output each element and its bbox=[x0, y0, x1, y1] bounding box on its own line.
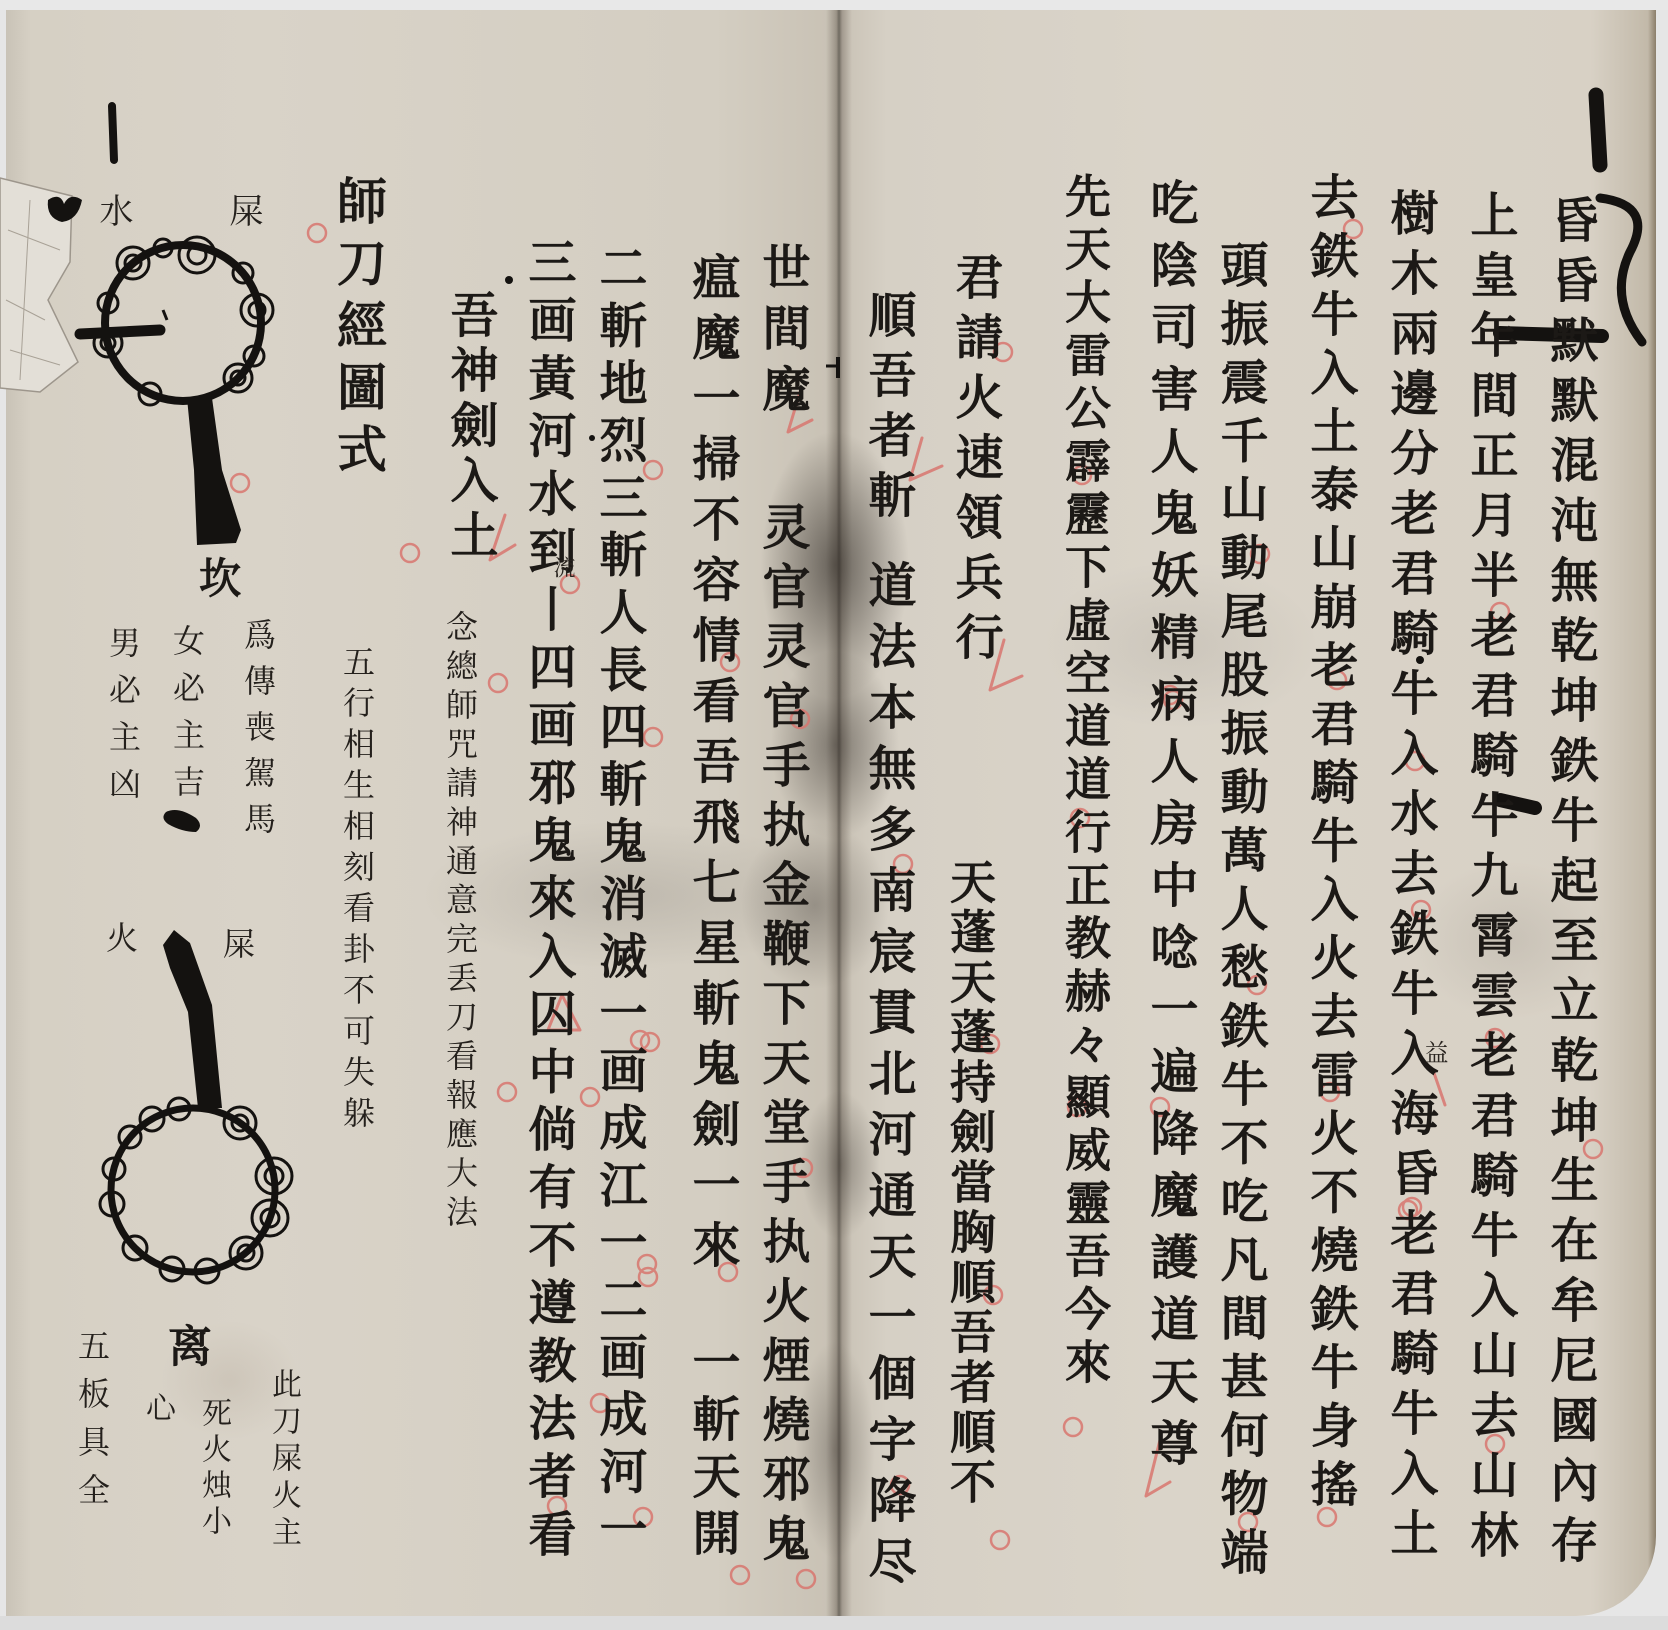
diagram-title: 師刀經圖式 bbox=[333, 175, 383, 485]
lower-diagram-note-3: 五板具全 bbox=[76, 1329, 108, 1521]
text-column-r2: 上皇年間正月半老君騎牛九霄雲老君騎牛入山去山林 bbox=[1466, 190, 1514, 1570]
upper-diagram-left-label: 水 bbox=[96, 193, 130, 227]
lower-diagram-center-label: 心 bbox=[142, 1392, 172, 1422]
lower-diagram-trigram: 离 bbox=[163, 1323, 207, 1367]
text-column-l2-lower: 一斬天開 bbox=[688, 1337, 736, 1565]
text-column-r8-lower: 天蓬天蓬持劍當胸順吾者順不 bbox=[947, 858, 993, 1508]
scan-border-top bbox=[0, 0, 1668, 10]
text-column-r7: 先天大雷公霹靂下虛空道道行正教赫々顯威靈吾今來 bbox=[1062, 172, 1108, 1391]
marginal-note-l4: 流 bbox=[551, 556, 573, 578]
book-spine bbox=[826, 10, 852, 1616]
text-column-r5: 頭振震千山動尾股振動萬人愁鉄牛不吃凡間甚何物端 bbox=[1216, 240, 1264, 1586]
lower-diagram-left-label: 火 bbox=[104, 921, 136, 953]
text-column-r1: 昏昏默默混沌無乾坤鉄牛起至立乾坤生在牟尼國內存 bbox=[1546, 195, 1594, 1575]
text-column-l1-lower: 灵官灵官手执金鞭下天堂手执火煙燒邪鬼 bbox=[758, 502, 806, 1573]
text-column-r3: 樹木兩邊分老君騎牛入水去鉄牛入海昏老君騎牛入土 bbox=[1386, 188, 1434, 1568]
text-column-l3: 二斬地烈三斬人長四斬鬼消滅一画成江一二画成河一 bbox=[595, 243, 643, 1561]
text-column-l4: 三画黃河水到丨四画邪鬼來入囚中倘有不遵教法者看 bbox=[524, 237, 572, 1566]
lower-diagram-note-2: 死火烛小 bbox=[198, 1397, 228, 1541]
lower-diagram-note-1: 此刀屎火主 bbox=[268, 1368, 298, 1553]
text-column-l6-lower: 五行相生相刻看卦不可失躲 bbox=[341, 645, 373, 1137]
text-column-r4: 去鉄牛入土泰山崩老君騎牛入火去雷火不燒鉄牛身搖 bbox=[1306, 172, 1354, 1518]
text-column-r9-upper: 順吾者斬 bbox=[864, 290, 912, 530]
text-column-r8-upper: 君請火速領兵行 bbox=[951, 252, 999, 672]
upper-diagram-right-label: 屎 bbox=[226, 193, 260, 227]
text-column-l2-upper: 瘟魔一掃不容情看吾飛七星斬鬼劍一來 bbox=[688, 252, 736, 1281]
text-column-r6: 吃陰司害人鬼妖精病人房中唸一遍降魔護道天尊 bbox=[1146, 178, 1194, 1480]
upper-diagram-note-3: 男必主凶 bbox=[107, 626, 139, 814]
text-column-l5-lower: 念總師咒請神通意完丢刀看報應大法 bbox=[444, 610, 476, 1234]
upper-diagram-trigram: 坎 bbox=[196, 556, 238, 598]
lower-diagram-right-label: 屎 bbox=[221, 927, 253, 959]
text-column-l5-upper: 吾神劍入土 bbox=[446, 290, 494, 565]
scan-border-bottom bbox=[0, 1616, 1668, 1630]
marginal-note-r3: 益 bbox=[1422, 1040, 1446, 1064]
text-column-r9-lower: 道法本無多南宸貫北河通天一個字降尽 bbox=[864, 560, 912, 1597]
text-column-l1-upper: 世間魔 bbox=[758, 242, 806, 425]
upper-diagram-note-2: 女必主吉 bbox=[171, 624, 203, 812]
upper-diagram-note-1: 爲傳喪駕馬 bbox=[242, 618, 274, 848]
